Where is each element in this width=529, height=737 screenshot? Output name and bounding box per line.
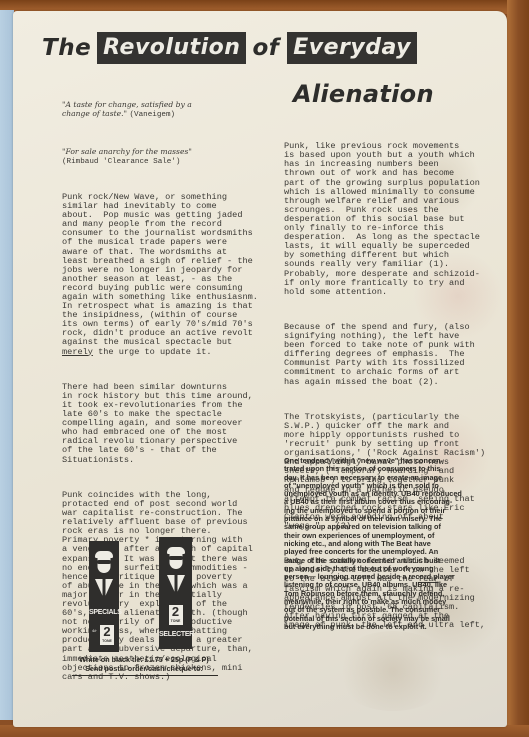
two-tone-text: TONE [169,619,183,623]
pasted-insert-text: One tendency within "new wave" has conce… [284,457,462,631]
page-edge-left [0,10,14,720]
two-tone-label: 2TONE [169,605,183,625]
badge-band-name: SELECTER [159,631,192,638]
paragraph: Punk rock/New Wave, or something similar… [62,193,258,357]
epigraph-source: (Rimbaud 'Clearance Sale') [62,158,180,166]
title-word: The [42,35,91,61]
selecter-badge-image: 2TONE SELECTER [159,537,192,649]
advert-order-text: White on black tie: £1.75 + 25p (P & P) … [73,655,215,673]
sunglasses-shape [97,560,111,564]
price-line: White on black tie: £1.75 + 25p (P & P) [73,655,215,664]
badge-band-name: SPECIALS [89,609,119,616]
epigraph-quote: "For sale anarchy for the masses" [62,147,192,156]
paragraph: Because of the spend and fury, (also sig… [284,323,485,387]
two-tone-label: 2TONE [100,625,114,645]
two-tone-text: TONE [100,639,114,643]
sunglasses-shape [169,556,183,560]
epigraph-source: (Vaneigem) [129,111,175,119]
underlined-word: merely [62,347,93,357]
epigraph: "A taste for change, satisfied by a chan… [62,100,258,120]
specials-badge-image: SPECIALS 2TONE 4/r [89,541,119,652]
face-shape [98,555,111,573]
paragraph: There had been similar downturns in rock… [62,383,258,465]
epigraph: "For sale anarchy for the masses" (Rimba… [62,147,258,167]
article-title: The Revolution of Everyday [42,27,423,69]
tie-shape [103,579,106,601]
badge-side-text: 4/r [92,629,97,633]
title-word: of [252,35,279,61]
title-word-alienation: Alienation [293,80,434,108]
wood-surface-right [507,0,529,737]
order-instructions: Send postal order/cash/cheque to: [73,664,215,673]
title-word-boxed: Everyday [287,32,417,64]
divider-line [72,675,218,676]
paragraph-text: Punk rock/New Wave, or something similar… [62,192,258,348]
face-shape [169,551,182,569]
tie-shape [174,575,177,597]
two-tone-number: 2 [172,604,179,619]
paragraph: Punk, like previous rock movements is ba… [284,142,485,297]
title-word-boxed: Revolution [97,32,246,64]
two-tone-number: 2 [103,624,110,639]
paragraph-text: the urge to update it. [93,347,212,357]
